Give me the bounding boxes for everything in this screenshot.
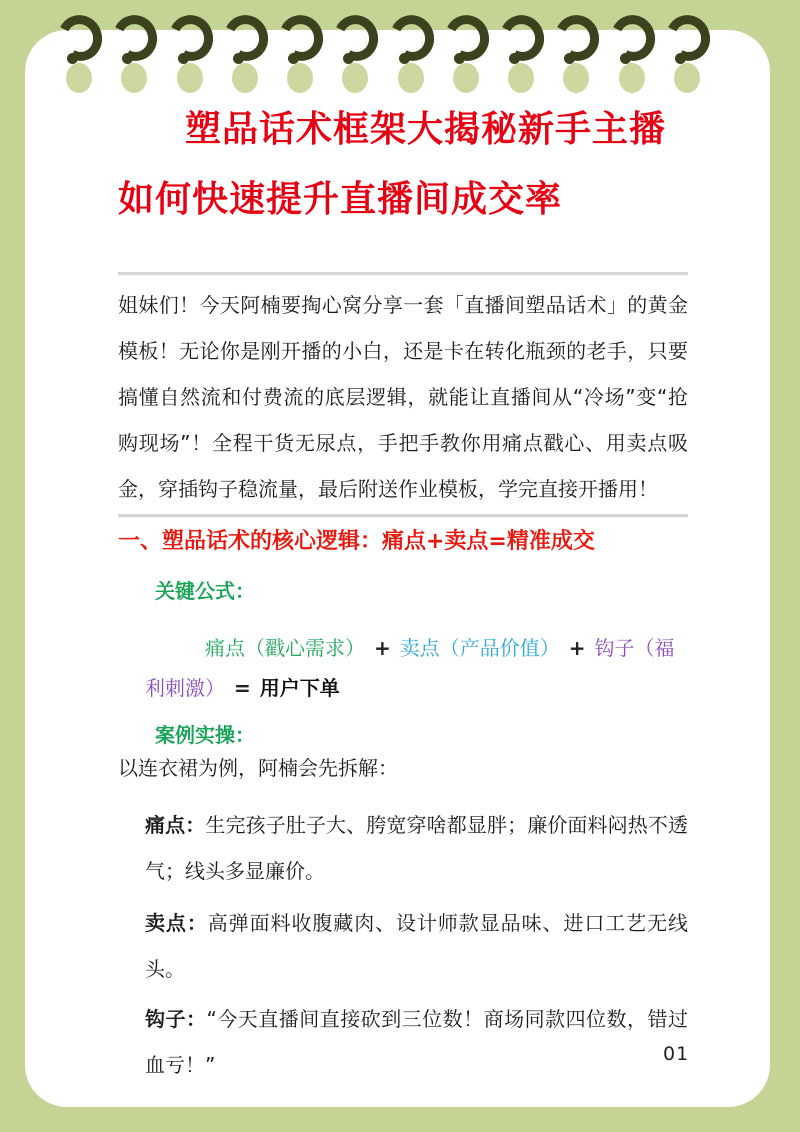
formula-result-segment: 用户下单	[260, 676, 340, 700]
point-label: 痛点：	[145, 813, 205, 837]
spiral-binding	[58, 15, 710, 107]
spiral-ring	[666, 15, 710, 107]
ring-coil-icon	[605, 9, 661, 66]
ring-hole	[619, 63, 645, 93]
divider-line	[118, 514, 688, 518]
ring-hole	[398, 63, 424, 93]
page-title: 塑品话术框架大揭秘新手主播 如何快速提升直播间成交率	[118, 94, 688, 234]
plus-sign: +	[569, 636, 586, 660]
spiral-ring	[445, 15, 489, 107]
ring-hole	[342, 63, 368, 93]
ring-coil-icon	[328, 9, 384, 66]
divider-line	[118, 272, 688, 276]
ring-hole	[563, 63, 589, 93]
ring-coil-icon	[107, 9, 163, 66]
ring-hole	[177, 63, 203, 93]
intro-paragraph: 姐妹们！今天阿楠要掏心窝分享一套「直播间塑品话术」的黄金模板！无论你是刚开播的小…	[118, 282, 688, 512]
ring-hole	[508, 63, 534, 93]
plus-sign: +	[374, 636, 391, 660]
ring-coil-icon	[52, 9, 108, 66]
ring-coil-icon	[549, 9, 605, 66]
point-label: 卖点：	[145, 911, 208, 935]
spiral-ring	[500, 15, 544, 107]
spiral-ring	[334, 15, 378, 107]
ring-hole	[121, 63, 147, 93]
sell-point-item: 卖点：高弹面料收腹藏肉、设计师款显品味、进口工艺无线头。	[118, 900, 688, 992]
formula-pain-segment: 痛点（戳心需求）	[205, 636, 365, 660]
formula-sell-segment: 卖点（产品价值）	[400, 636, 560, 660]
spiral-ring	[555, 15, 599, 107]
ring-coil-icon	[494, 9, 550, 66]
ring-hole	[674, 63, 700, 93]
ring-hole	[232, 63, 258, 93]
spiral-ring	[224, 15, 268, 107]
ring-hole	[453, 63, 479, 93]
section-heading: 一、塑品话术的核心逻辑：痛点+卖点=精准成交	[118, 526, 688, 558]
spiral-ring	[113, 15, 157, 107]
spiral-ring	[390, 15, 434, 107]
spiral-ring	[279, 15, 323, 107]
ring-coil-icon	[273, 9, 329, 66]
point-label: 钩子：	[145, 1007, 206, 1031]
ring-coil-icon	[163, 9, 219, 66]
spiral-ring	[58, 15, 102, 107]
title-line-2: 如何快速提升直播间成交率	[118, 164, 688, 234]
spiral-ring	[169, 15, 213, 107]
hook-point-item: 钩子：“今天直播间直接砍到三位数！商场同款四位数，错过血亏！”	[118, 996, 688, 1088]
ring-coil-icon	[439, 9, 495, 66]
spiral-ring	[611, 15, 655, 107]
ring-hole	[287, 63, 313, 93]
notebook-page: 塑品话术框架大揭秘新手主播 如何快速提升直播间成交率 姐妹们！今天阿楠要掏心窝分…	[25, 30, 770, 1107]
point-text: 生完孩子肚子大、胯宽穿啥都显胖；廉价面料闷热不透气；线头多显廉价。	[145, 813, 688, 883]
point-text: 高弹面料收腹藏肉、设计师款显品味、进口工艺无线头。	[145, 911, 688, 981]
key-formula: 痛点（戳心需求）+卖点（产品价值）+钩子（福利刺激）=用户下单	[118, 628, 688, 708]
pain-point-item: 痛点：生完孩子肚子大、胯宽穿啥都显胖；廉价面料闷热不透气；线头多显廉价。	[118, 802, 688, 894]
equals-sign: =	[234, 676, 251, 700]
ring-hole	[66, 63, 92, 93]
ring-coil-icon	[660, 9, 716, 66]
case-label: 案例实操：	[155, 722, 688, 748]
ring-coil-icon	[218, 9, 274, 66]
case-intro: 以连衣裙为例，阿楠会先拆解：	[118, 754, 688, 782]
point-text: “今天直播间直接砍到三位数！商场同款四位数，错过血亏！”	[145, 1007, 688, 1077]
ring-coil-icon	[384, 9, 440, 66]
formula-label: 关键公式：	[155, 578, 688, 604]
page-content: 塑品话术框架大揭秘新手主播 如何快速提升直播间成交率 姐妹们！今天阿楠要掏心窝分…	[118, 94, 688, 1088]
